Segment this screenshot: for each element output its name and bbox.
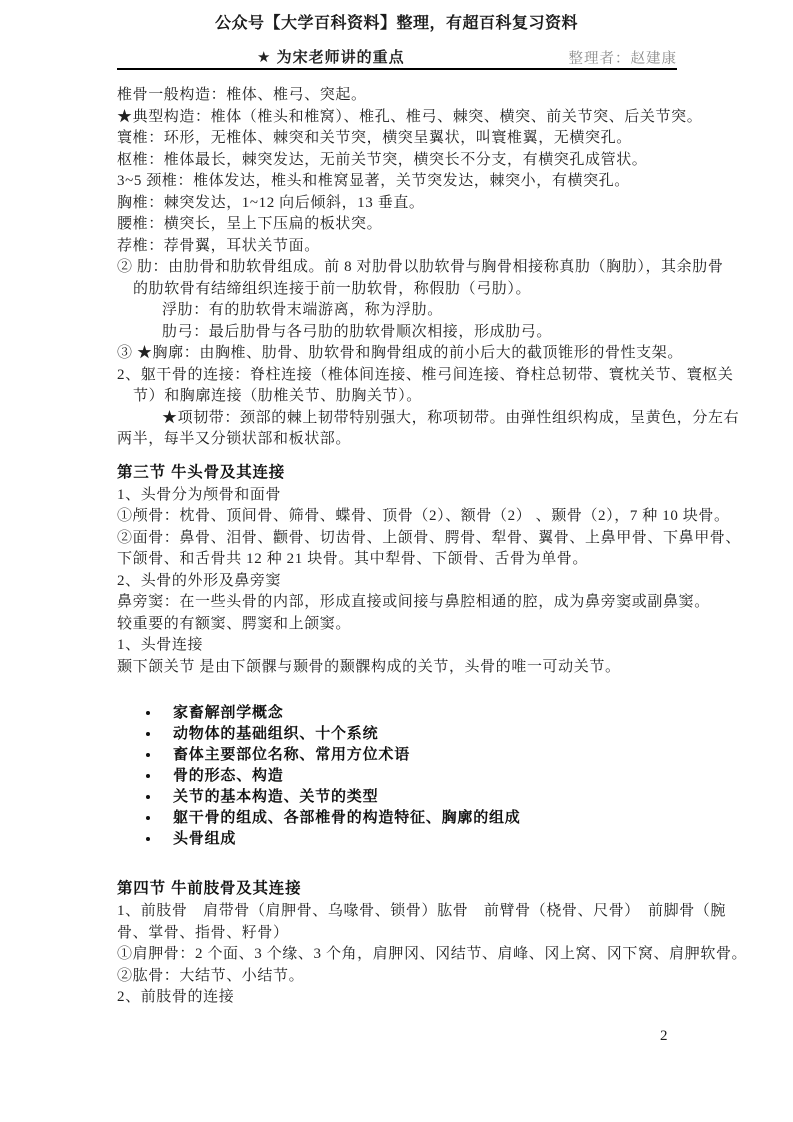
text-line: 腰椎：横突长，呈上下压扁的板状突。 bbox=[117, 214, 683, 236]
text-line: ①肩胛骨：2 个面、3 个缘、3 个角，肩胛冈、冈结节、肩峰、冈上窝、冈下窝、肩… bbox=[117, 944, 683, 966]
review-bullet-list: 家畜解剖学概念 动物体的基础组织、十个系统 畜体主要部位名称、常用方位术语 骨的… bbox=[117, 702, 683, 849]
section-heading-3: 第三节 牛头骨及其连接 bbox=[117, 461, 683, 485]
bullet-label: 关节的基本构造、关节的类型 bbox=[173, 788, 378, 805]
bullet-label: 骨的形态、构造 bbox=[173, 767, 284, 784]
bullet-item: 躯干骨的组成、各部椎骨的构造特征、胸廓的组成 bbox=[117, 807, 683, 828]
text-line: 颞下颌关节 是由下颌髁与颞骨的颞髁构成的关节，头骨的唯一可动关节。 bbox=[117, 657, 683, 679]
star-emphasis-note: ★ 为宋老师讲的重点 bbox=[257, 46, 405, 67]
text-line: 枢椎：椎体最长，棘突发达，无前关节突，横突长不分支，有横突孔成管状。 bbox=[117, 150, 683, 172]
text-line: 肋弓：最后肋骨与各弓肋的肋软骨顺次相接，形成肋弓。 bbox=[117, 322, 683, 344]
bullet-item: 动物体的基础组织、十个系统 bbox=[117, 723, 683, 744]
text-line: 2、前肢骨的连接 bbox=[117, 987, 683, 1009]
bullet-label: 畜体主要部位名称、常用方位术语 bbox=[173, 746, 410, 763]
bullet-icon bbox=[146, 774, 150, 778]
bullet-label: 躯干骨的组成、各部椎骨的构造特征、胸廓的组成 bbox=[173, 809, 521, 826]
text-line: 的肋软骨有结缔组织连接于前一肋软骨，称假肋（弓肋）。 bbox=[117, 279, 683, 301]
text-line: 较重要的有额窦、腭窦和上颌窦。 bbox=[117, 614, 683, 636]
bullet-item: 家畜解剖学概念 bbox=[117, 702, 683, 723]
text-line: 寰椎：环形，无椎体、棘突和关节突，横突呈翼状，叫寰椎翼，无横突孔。 bbox=[117, 128, 683, 150]
text-line: ② 肋：由肋骨和肋软骨组成。前 8 对肋骨以肋软骨与胸骨相接称真肋（胸肋），其余… bbox=[117, 257, 683, 279]
compiler-credit: 整理者：赵建康 bbox=[569, 47, 678, 68]
text-line: 骨、掌骨、指骨、籽骨） bbox=[117, 923, 683, 945]
text-line: 节）和胸廓连接（肋椎关节、肋胸关节）。 bbox=[117, 386, 683, 408]
bullet-icon bbox=[146, 732, 150, 736]
text-line: ①颅骨：枕骨、顶间骨、筛骨、蝶骨、顶骨（2）、额骨（2） 、颞骨（2），7 种 … bbox=[117, 506, 683, 528]
bullet-item: 头骨组成 bbox=[117, 828, 683, 849]
doc-source-title: 公众号【大学百科资料】整理，有超百科复习资料 bbox=[0, 10, 793, 33]
page-number: 2 bbox=[660, 1028, 668, 1045]
text-line: 两半，每半又分锁状部和板状部。 bbox=[117, 429, 683, 451]
text-line: 2、躯干骨的连接：脊柱连接（椎体间连接、椎弓间连接、脊柱总韧带、寰枕关节、寰枢关 bbox=[117, 365, 683, 387]
text-line: 3~5 颈椎：椎体发达，椎头和椎窝显著，关节突发达，棘突小，有横突孔。 bbox=[117, 171, 683, 193]
text-line: 椎骨一般构造：椎体、椎弓、突起。 bbox=[117, 85, 683, 107]
text-line: 1、前肢骨 肩带骨（肩胛骨、乌喙骨、锁骨）肱骨 前臂骨（桡骨、尺骨） 前脚骨（腕 bbox=[117, 901, 683, 923]
bullet-icon bbox=[146, 753, 150, 757]
bullet-item: 关节的基本构造、关节的类型 bbox=[117, 786, 683, 807]
page-header: ★ 为宋老师讲的重点 整理者：赵建康 bbox=[117, 44, 677, 70]
bullet-item: 骨的形态、构造 bbox=[117, 765, 683, 786]
section-heading-4: 第四节 牛前肢骨及其连接 bbox=[117, 877, 683, 901]
text-line: ②肱骨：大结节、小结节。 bbox=[117, 966, 683, 988]
text-line: 胸椎：棘突发达，1~12 向后倾斜，13 垂直。 bbox=[117, 193, 683, 215]
text-line: 1、头骨连接 bbox=[117, 635, 683, 657]
text-line: ②面骨：鼻骨、泪骨、颧骨、切齿骨、上颌骨、腭骨、犁骨、翼骨、上鼻甲骨、下鼻甲骨、 bbox=[117, 528, 683, 550]
text-line: ★项韧带：颈部的棘上韧带特别强大，称项韧带。由弹性组织构成，呈黄色，分左右 bbox=[117, 408, 683, 430]
text-line: ③ ★胸廓：由胸椎、肋骨、肋软骨和胸骨组成的前小后大的截顶锥形的骨性支架。 bbox=[117, 343, 683, 365]
bullet-label: 家畜解剖学概念 bbox=[173, 704, 284, 721]
bullet-icon bbox=[146, 711, 150, 715]
bullet-label: 头骨组成 bbox=[173, 830, 236, 847]
bullet-item: 畜体主要部位名称、常用方位术语 bbox=[117, 744, 683, 765]
text-line: 2、头骨的外形及鼻旁窦 bbox=[117, 571, 683, 593]
bullet-label: 动物体的基础组织、十个系统 bbox=[173, 725, 378, 742]
bullet-icon bbox=[146, 837, 150, 841]
text-line: 荐椎：荐骨翼，耳状关节面。 bbox=[117, 236, 683, 258]
text-line: ★典型构造：椎体（椎头和椎窝）、椎孔、椎弓、棘突、横突、前关节突、后关节突。 bbox=[117, 107, 683, 129]
text-line: 下颌骨、和舌骨共 12 种 21 块骨。其中犁骨、下颌骨、舌骨为单骨。 bbox=[117, 549, 683, 571]
bullet-icon bbox=[146, 795, 150, 799]
text-line: 浮肋：有的肋软骨末端游离，称为浮肋。 bbox=[117, 300, 683, 322]
document-body: 椎骨一般构造：椎体、椎弓、突起。 ★典型构造：椎体（椎头和椎窝）、椎孔、椎弓、棘… bbox=[117, 85, 683, 1009]
text-line: 鼻旁窦：在一些头骨的内部，形成直接或间接与鼻腔相通的腔，成为鼻旁窦或副鼻窦。 bbox=[117, 592, 683, 614]
document-page: 公众号【大学百科资料】整理，有超百科复习资料 ★ 为宋老师讲的重点 整理者：赵建… bbox=[0, 0, 793, 1122]
text-line: 1、头骨分为颅骨和面骨 bbox=[117, 485, 683, 507]
bullet-icon bbox=[146, 816, 150, 820]
